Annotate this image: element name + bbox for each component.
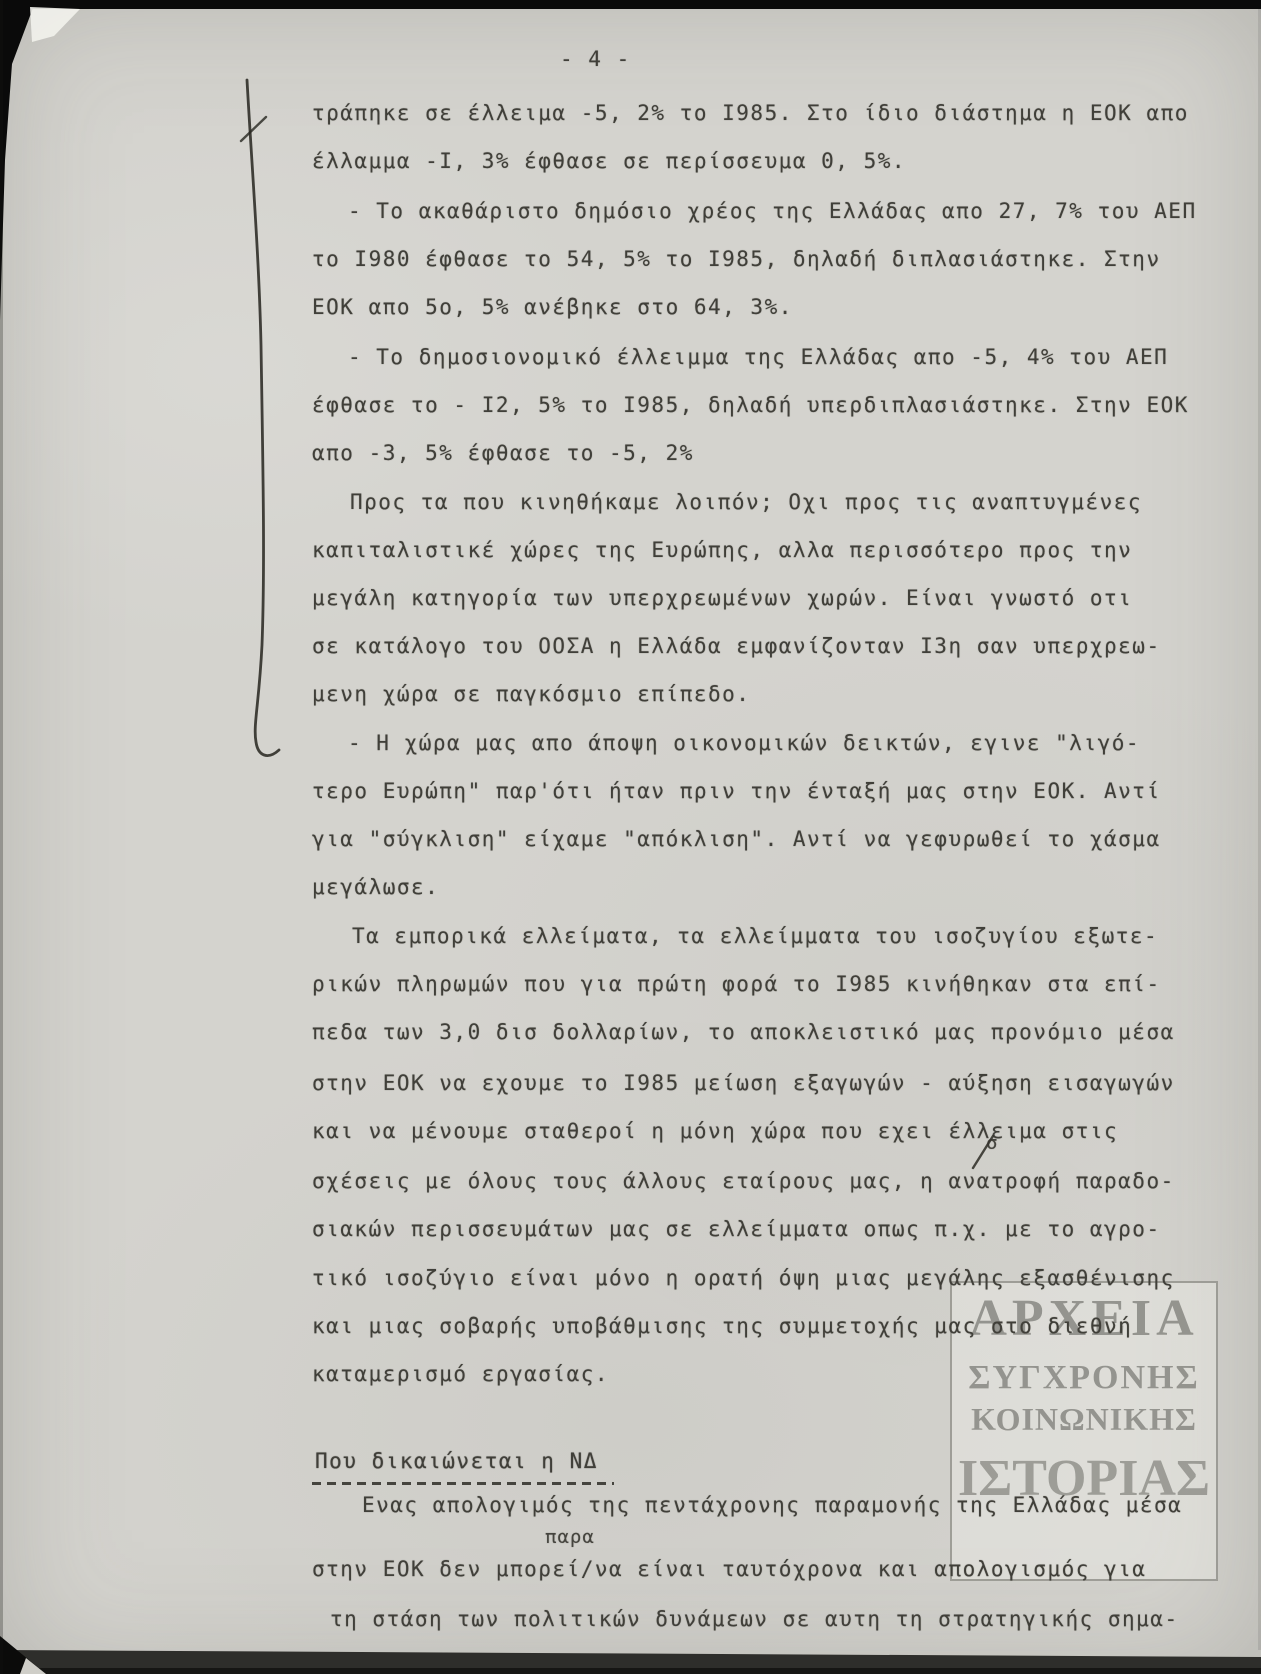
text-line: και μιας σοβαρής υποβάθμισης της συμμετο… — [312, 1311, 1132, 1341]
stamp-line: ΣΥΓΧΡΟΝΗΣ — [952, 1359, 1216, 1397]
scan-edge-bottom-dark — [0, 1668, 1261, 1674]
text-line: σιακών περισσευμάτων μας σε ελλείμματα ο… — [312, 1214, 1161, 1244]
stamp-line: ΚΟΙΝΩΝΙΚΗΣ — [952, 1401, 1216, 1438]
text-line: ρικών πληρωμών που για πρώτη φορά το Ι98… — [312, 969, 1161, 999]
text-line: - Το ακαθάριστο δημόσιο χρέος της Ελλάδα… — [348, 196, 1197, 226]
text-line: για "σύγκλιση" είχαμε "απόκλιση". Αντί ν… — [312, 824, 1161, 854]
scan-corner-top-left — [0, 0, 36, 320]
scan-edge-left — [0, 0, 3, 1674]
text-line: - Το δημοσιονομικό έλλειμμα της Ελλάδας … — [348, 342, 1168, 372]
text-line: μεγάλωσε. — [312, 872, 439, 902]
text-line: τικό ισοζύγιο είναι μόνο η ορατή όψη μια… — [312, 1263, 1175, 1293]
text-line: πεδα των 3,0 δισ δολλαρίων, το αποκλειστ… — [312, 1017, 1175, 1047]
text-line: Προς τα που κινηθήκαμε λοιπόν; Οχι προς … — [350, 487, 1142, 517]
scan-corner-bottom-left — [0, 1636, 46, 1674]
text-line: καταμερισμό εργασίας. — [312, 1359, 609, 1389]
margin-pen-tick — [241, 117, 266, 141]
text-line: σχέσεις με όλους τους άλλους εταίρους μα… — [312, 1166, 1175, 1196]
text-line: απο -3, 5% έφθασε το -5, 2% — [312, 438, 694, 468]
text-line: έφθασε το - Ι2, 5% το Ι985, δηλαδή υπερδ… — [312, 390, 1189, 420]
text-line: - Η χώρα μας απο άποψη οικονομικών δεικτ… — [348, 728, 1140, 758]
heading-underline — [312, 1482, 614, 1485]
text-line: το Ι980 έφθασε το 54, 5% το Ι985, δηλαδή… — [312, 244, 1161, 274]
page-number: - 4 - — [560, 44, 631, 74]
text-line: τη στάση των πολιτικών δυνάμεων σε αυτη … — [330, 1604, 1179, 1634]
text-line: σε κατάλογο του ΟΟΣΑ η Ελλάδα εμφανίζοντ… — [312, 631, 1161, 661]
text-line: Τα εμπορικά ελλείματα, τα ελλείμματα του… — [352, 921, 1158, 951]
scan-edge-top — [0, 0, 1261, 9]
insertion-para: παρα — [545, 1526, 595, 1548]
section-heading: Που δικαιώνεται η ΝΔ — [315, 1446, 598, 1476]
text-line: Ενας απολογιμός της πεντάχρονης παραμονή… — [362, 1490, 1182, 1520]
text-line: στην ΕΟΚ δεν μπορεί/να είναι ταυτόχρονα … — [312, 1554, 1146, 1584]
margin-pen-line — [247, 80, 279, 756]
page-corner-bottom-sliver — [20, 1658, 46, 1674]
text-line: τράπηκε σε έλλειμα -5, 2% το Ι985. Στο ί… — [312, 98, 1189, 128]
text-line: τερο Ευρώπη" παρ'ότι ήταν πριν την ένταξ… — [312, 776, 1161, 806]
text-line: μενη χώρα σε παγκόσμιο επίπεδο. — [312, 679, 750, 709]
text-line: έλλαμμα -Ι, 3% έφθασε σε περίσσευμα 0, 5… — [312, 146, 906, 176]
page-corner-sliver — [30, 7, 80, 42]
scan-edge-bottom — [0, 1650, 1261, 1674]
text-line: στην ΕΟΚ να εχουμε το Ι985 μείωση εξαγωγ… — [312, 1068, 1175, 1098]
scanned-document-page: ΑΡΧΕΙΑ ΣΥΓΧΡΟΝΗΣ ΚΟΙΝΩΝΙΚΗΣ ΙΣΤΟΡΙΑΣ - 4… — [0, 0, 1261, 1674]
text-line: ΕΟΚ απο 5ο, 5% ανέβηκε στο 64, 3%. — [312, 292, 793, 322]
text-line: καπιταλιστικέ χώρες της Ευρώπης, αλλα πε… — [312, 535, 1132, 565]
insertion-sigma: σ — [986, 1132, 998, 1154]
text-line: μεγάλη κατηγορία των υπερχρεωμένων χωρών… — [312, 583, 1132, 613]
